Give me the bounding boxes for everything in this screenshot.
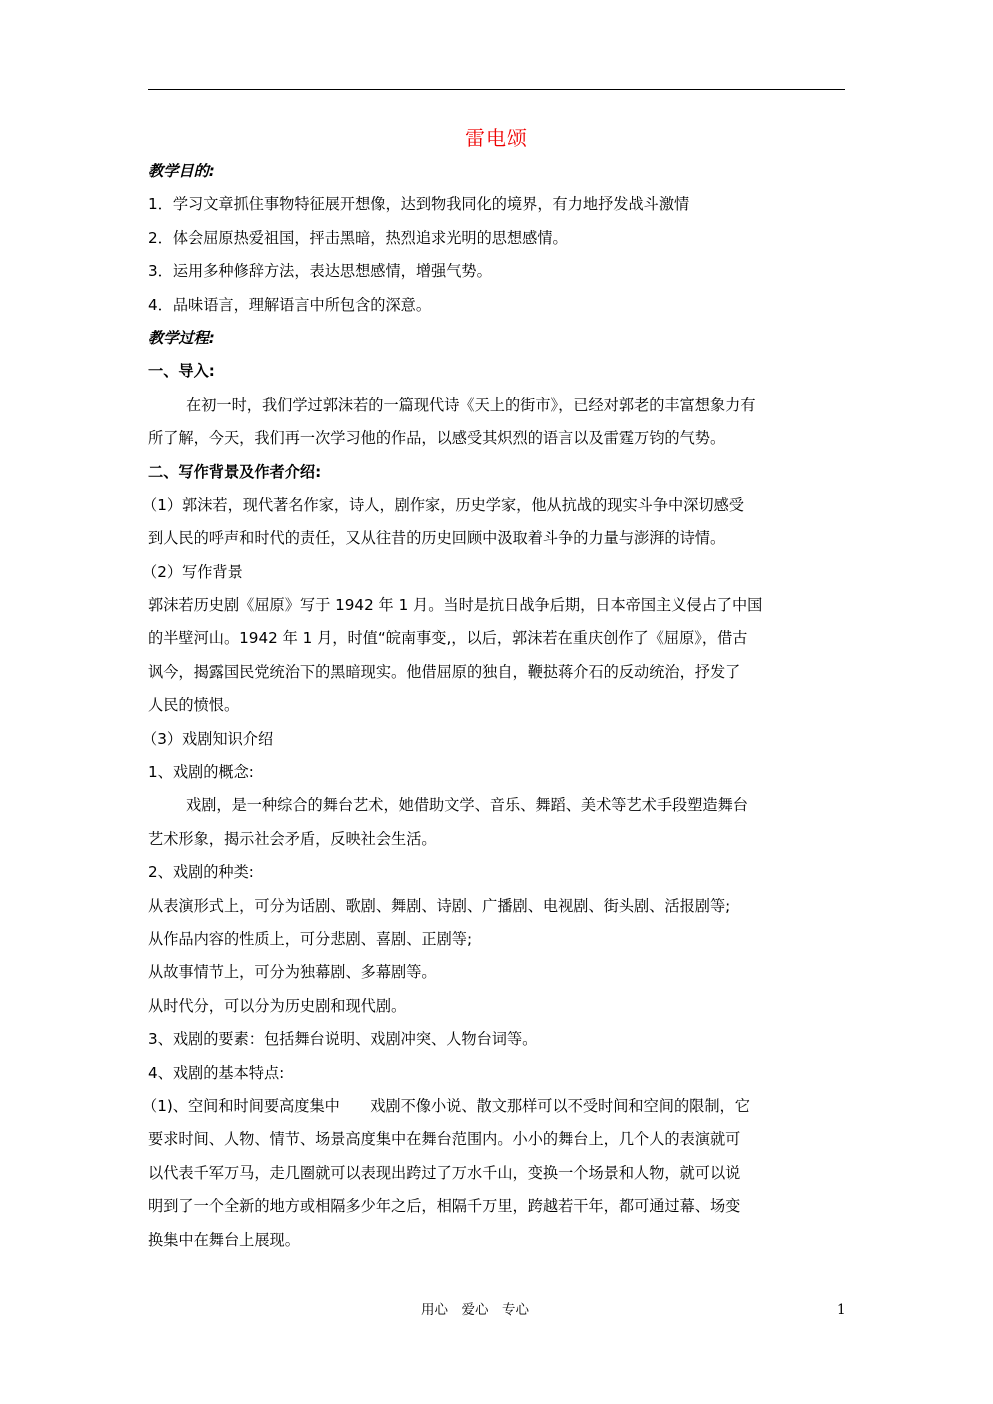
features-heading: 4、戏剧的基本特点: xyxy=(148,1057,848,1090)
intro-paragraph-line: 所了解，今天，我们再一次学习他的作品，以感受其炽烈的语言以及雷霆万钧的气势。 xyxy=(148,422,848,455)
writing-background-line: 人民的愤恨。 xyxy=(148,689,848,722)
types-line: 从作品内容的性质上，可分悲剧、喜剧、正剧等; xyxy=(148,923,848,956)
writing-background-line: 的半壁河山。1942 年 1 月，时值“皖南事变,，以后，郭沫若在重庆创作了《屈… xyxy=(148,622,848,655)
features-line: 换集中在舞台上展现。 xyxy=(148,1224,848,1257)
elements-line: 3、戏剧的要素：包括舞台说明、戏剧冲突、人物台词等。 xyxy=(148,1023,848,1056)
concept-paragraph-line: 戏剧，是一种综合的舞台艺术，她借助文学、音乐、舞蹈、美术等艺术手段塑造舞台 xyxy=(148,789,848,822)
types-line: 从时代分，可以分为历史剧和现代剧。 xyxy=(148,990,848,1023)
footer-motto: 用心 爱心 专心 xyxy=(421,1301,529,1319)
header-rule xyxy=(148,89,845,90)
writing-background-heading: （2）写作背景 xyxy=(142,556,848,589)
features-line: 要求时间、人物、情节、场景高度集中在舞台范围内。小小的舞台上，几个人的表演就可 xyxy=(148,1123,848,1156)
author-paragraph-line: 到人民的呼声和时代的责任，又从往昔的历史回顾中汲取着斗争的力量与澎湃的诗情。 xyxy=(148,522,848,555)
features-line: 以代表千军万马，走几圈就可以表现出跨过了万水千山，变换一个场景和人物，就可以说 xyxy=(148,1157,848,1190)
background-heading: 二、写作背景及作者介绍: xyxy=(148,456,848,489)
concept-heading: 1、戏剧的概念: xyxy=(148,756,848,789)
objective-item: 2．体会屈原热爱祖国，抨击黑暗，热烈追求光明的思想感情。 xyxy=(148,222,848,255)
document-body: 教学目的: 1．学习文章抓住事物特征展开想像，达到物我同化的境界，有力地抒发战斗… xyxy=(148,155,848,1257)
features-line: （1)、空间和时间要高度集中 戏剧不像小说、散文那样可以不受时间和空间的限制，它 xyxy=(142,1090,848,1123)
objective-item: 3．运用多种修辞方法，表达思想感情，增强气势。 xyxy=(148,255,848,288)
process-heading: 教学过程: xyxy=(148,322,848,355)
author-paragraph-line: （1）郭沫若，现代著名作家，诗人，剧作家，历史学家，他从抗战的现实斗争中深切感受 xyxy=(142,489,848,522)
types-line: 从故事情节上，可分为独幕剧、多幕剧等。 xyxy=(148,956,848,989)
objective-item: 1．学习文章抓住事物特征展开想像，达到物我同化的境界，有力地抒发战斗激情 xyxy=(148,188,848,221)
features-line: 明到了一个全新的地方或相隔多少年之后，相隔千万里，跨越若干年，都可通过幕、场变 xyxy=(148,1190,848,1223)
document-title: 雷电颂 xyxy=(0,124,993,152)
writing-background-line: 郭沫若历史剧《屈原》写于 1942 年 1 月。当时是抗日战争后期，日本帝国主义… xyxy=(148,589,848,622)
types-line: 从表演形式上，可分为话剧、歌剧、舞剧、诗剧、广播剧、电视剧、街头剧、活报剧等; xyxy=(148,890,848,923)
intro-heading: 一、导入: xyxy=(148,355,848,388)
intro-paragraph-line: 在初一时，我们学过郭沫若的一篇现代诗《天上的街市》，已经对郭老的丰富想象力有 xyxy=(148,389,848,422)
concept-paragraph-line: 艺术形象，揭示社会矛盾，反映社会生活。 xyxy=(148,823,848,856)
objective-item: 4．品味语言，理解语言中所包含的深意。 xyxy=(148,289,848,322)
page-number: 1 xyxy=(837,1301,846,1319)
drama-knowledge-heading: （3）戏剧知识介绍 xyxy=(142,723,848,756)
writing-background-line: 讽今，揭露国民党统治下的黑暗现实。他借屈原的独自，鞭挞蒋介石的反动统治，抒发了 xyxy=(148,656,848,689)
objectives-heading: 教学目的: xyxy=(148,155,848,188)
types-heading: 2、戏剧的种类: xyxy=(148,856,848,889)
